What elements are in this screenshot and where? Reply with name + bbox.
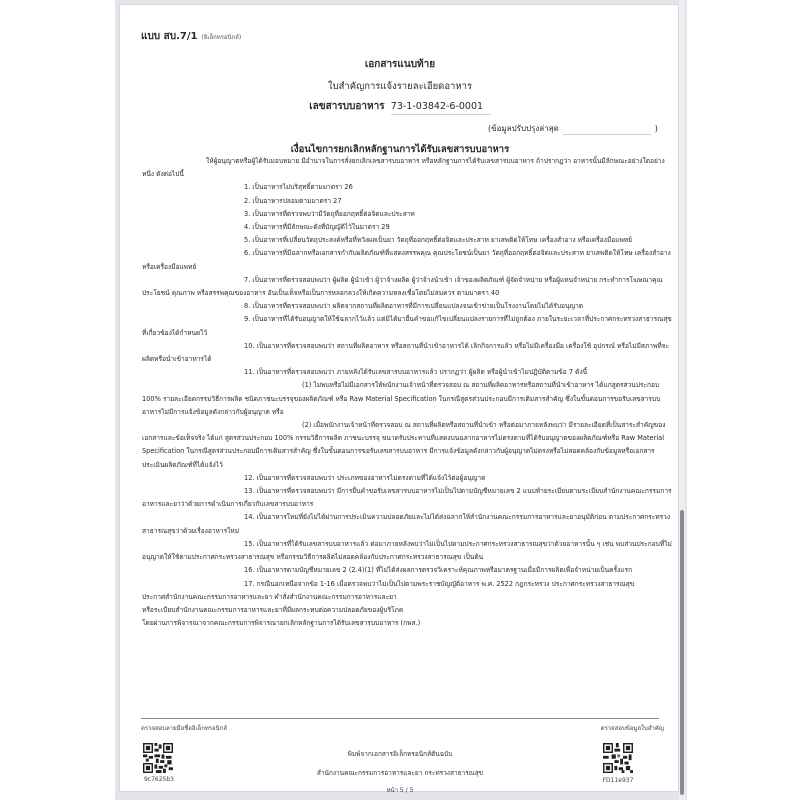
condition-item: 5. เป็นอาหารที่เปลี่ยนวัตถุประสงค์หรือที…: [142, 234, 672, 247]
page-indicator: หน้า 5 / 5: [120, 785, 680, 795]
certificate-code: FD11e937: [598, 777, 638, 784]
footer-divider: [141, 718, 659, 719]
closing-line: ประกาศสำนักงานคณะกรรมการอาหารและยา คำสั่…: [142, 591, 672, 604]
condition-item: 2. เป็นอาหารปลอมตามมาตรา 27: [142, 195, 672, 208]
verify-signature-label: ตรวจสอบลายมือชื่ออิเล็กทรอนิกส์: [141, 723, 227, 733]
intro-paragraph: ให้ผู้อนุญาตหรือผู้ได้รับมอบหมาย มีอำนาจ…: [142, 155, 672, 181]
document-title: เอกสารแนบท้าย: [120, 57, 680, 72]
condition-item: 17. กรณีนอกเหนือจากข้อ 1-16 เมื่อตรวจพบว…: [142, 578, 672, 591]
verify-certificate-label: ตรวจสอบข้อมูลใบสำคัญ: [601, 723, 664, 733]
closing-line: หรือระเบียบสำนักงานคณะกรรมการอาหารและยาท…: [142, 604, 672, 617]
condition-item: 11. เป็นอาหารที่ตรวจสอบพบว่า ภายหลังได้ร…: [142, 366, 672, 379]
condition-item: 15. เป็นอาหารที่ได้รับเลขสารบบอาหารแล้ว …: [142, 538, 672, 564]
form-code-text: แบบ สบ.7/1: [141, 31, 197, 42]
scrollbar-thumb[interactable]: [680, 510, 684, 795]
condition-item: 3. เป็นอาหารที่ตรวจพบว่ามีวัตถุที่ออกฤทธ…: [142, 208, 672, 221]
condition-item: 6. เป็นอาหารที่มีฉลากหรือเอกสารกำกับผลิต…: [142, 247, 672, 273]
form-code: แบบ สบ.7/1(อิเล็กทรอนิกส์): [141, 29, 241, 44]
condition-item: 7. เป็นอาหารที่ตรวจสอบพบว่า ผู้ผลิต ผู้น…: [142, 274, 672, 300]
registration-label: เลขสารบบอาหาร: [309, 101, 384, 112]
condition-subitem: (1) ไม่พบหรือไม่มีเอกสารให้พนักงานเจ้าหน…: [142, 379, 672, 419]
condition-item: 14. เป็นอาหารใหม่ที่ยังไม่ได้ผ่านการประเ…: [142, 511, 672, 537]
last-updated-value: [563, 134, 651, 135]
vertical-scrollbar[interactable]: [679, 0, 685, 800]
closing-line: โดยผ่านการพิจารณาจากคณะกรรมการพิจารณายกเ…: [142, 617, 672, 630]
registration-number: เลขสารบบอาหาร 73-1-03842-6-0001: [120, 99, 680, 115]
last-updated-close: ): [655, 124, 658, 133]
document-subtitle: ใบสำคัญการแจ้งรายละเอียดอาหาร: [120, 79, 680, 94]
condition-item: 13. เป็นอาหารที่ตรวจสอบพบว่า มีการยื่นคำ…: [142, 485, 672, 511]
conditions-body: ให้ผู้อนุญาตหรือผู้ได้รับมอบหมาย มีอำนาจ…: [142, 155, 672, 630]
printed-from-note: พิมพ์จากเอกสารอิเล็กทรอนิกส์ต้นฉบับ: [120, 749, 680, 759]
registration-value: 73-1-03842-6-0001: [391, 101, 491, 115]
condition-subitem: (2) เมื่อพนักงานเจ้าหน้าที่ตรวจสอบ ณ สถา…: [142, 419, 672, 472]
document-viewer: แบบ สบ.7/1(อิเล็กทรอนิกส์) เอกสารแนบท้าย…: [115, 0, 687, 800]
condition-item: 1. เป็นอาหารไม่บริสุทธิ์ตามมาตรา 26: [142, 181, 672, 194]
condition-item: 8. เป็นอาหารที่ตรวจสอบพบว่า ผลิตจากสถานท…: [142, 300, 672, 313]
condition-item: 9. เป็นอาหารที่ได้รับอนุญาตให้ใช้ฉลากไว้…: [142, 313, 672, 339]
issuing-agency: สำนักงานคณะกรรมการอาหารและยา กระทรวงสาธา…: [120, 768, 680, 778]
document-page: แบบ สบ.7/1(อิเล็กทรอนิกส์) เอกสารแนบท้าย…: [119, 4, 679, 792]
last-updated-label: (ข้อมูลปรับปรุงล่าสุด: [488, 124, 559, 133]
condition-item: 16. เป็นอาหารตามบัญชีหมายเลข 2 (2.4)(1) …: [142, 564, 672, 577]
last-updated: (ข้อมูลปรับปรุงล่าสุด): [488, 122, 658, 135]
condition-item: 4. เป็นอาหารที่มีลักษณะดังที่บัญญัติไว้ใ…: [142, 221, 672, 234]
condition-item: 10. เป็นอาหารที่ตรวจสอบพบว่า สถานที่ผลิต…: [142, 340, 672, 366]
condition-item: 12. เป็นอาหารที่ตรวจสอบพบว่า ประเภทของอา…: [142, 472, 672, 485]
form-code-note: (อิเล็กทรอนิกส์): [201, 34, 241, 41]
